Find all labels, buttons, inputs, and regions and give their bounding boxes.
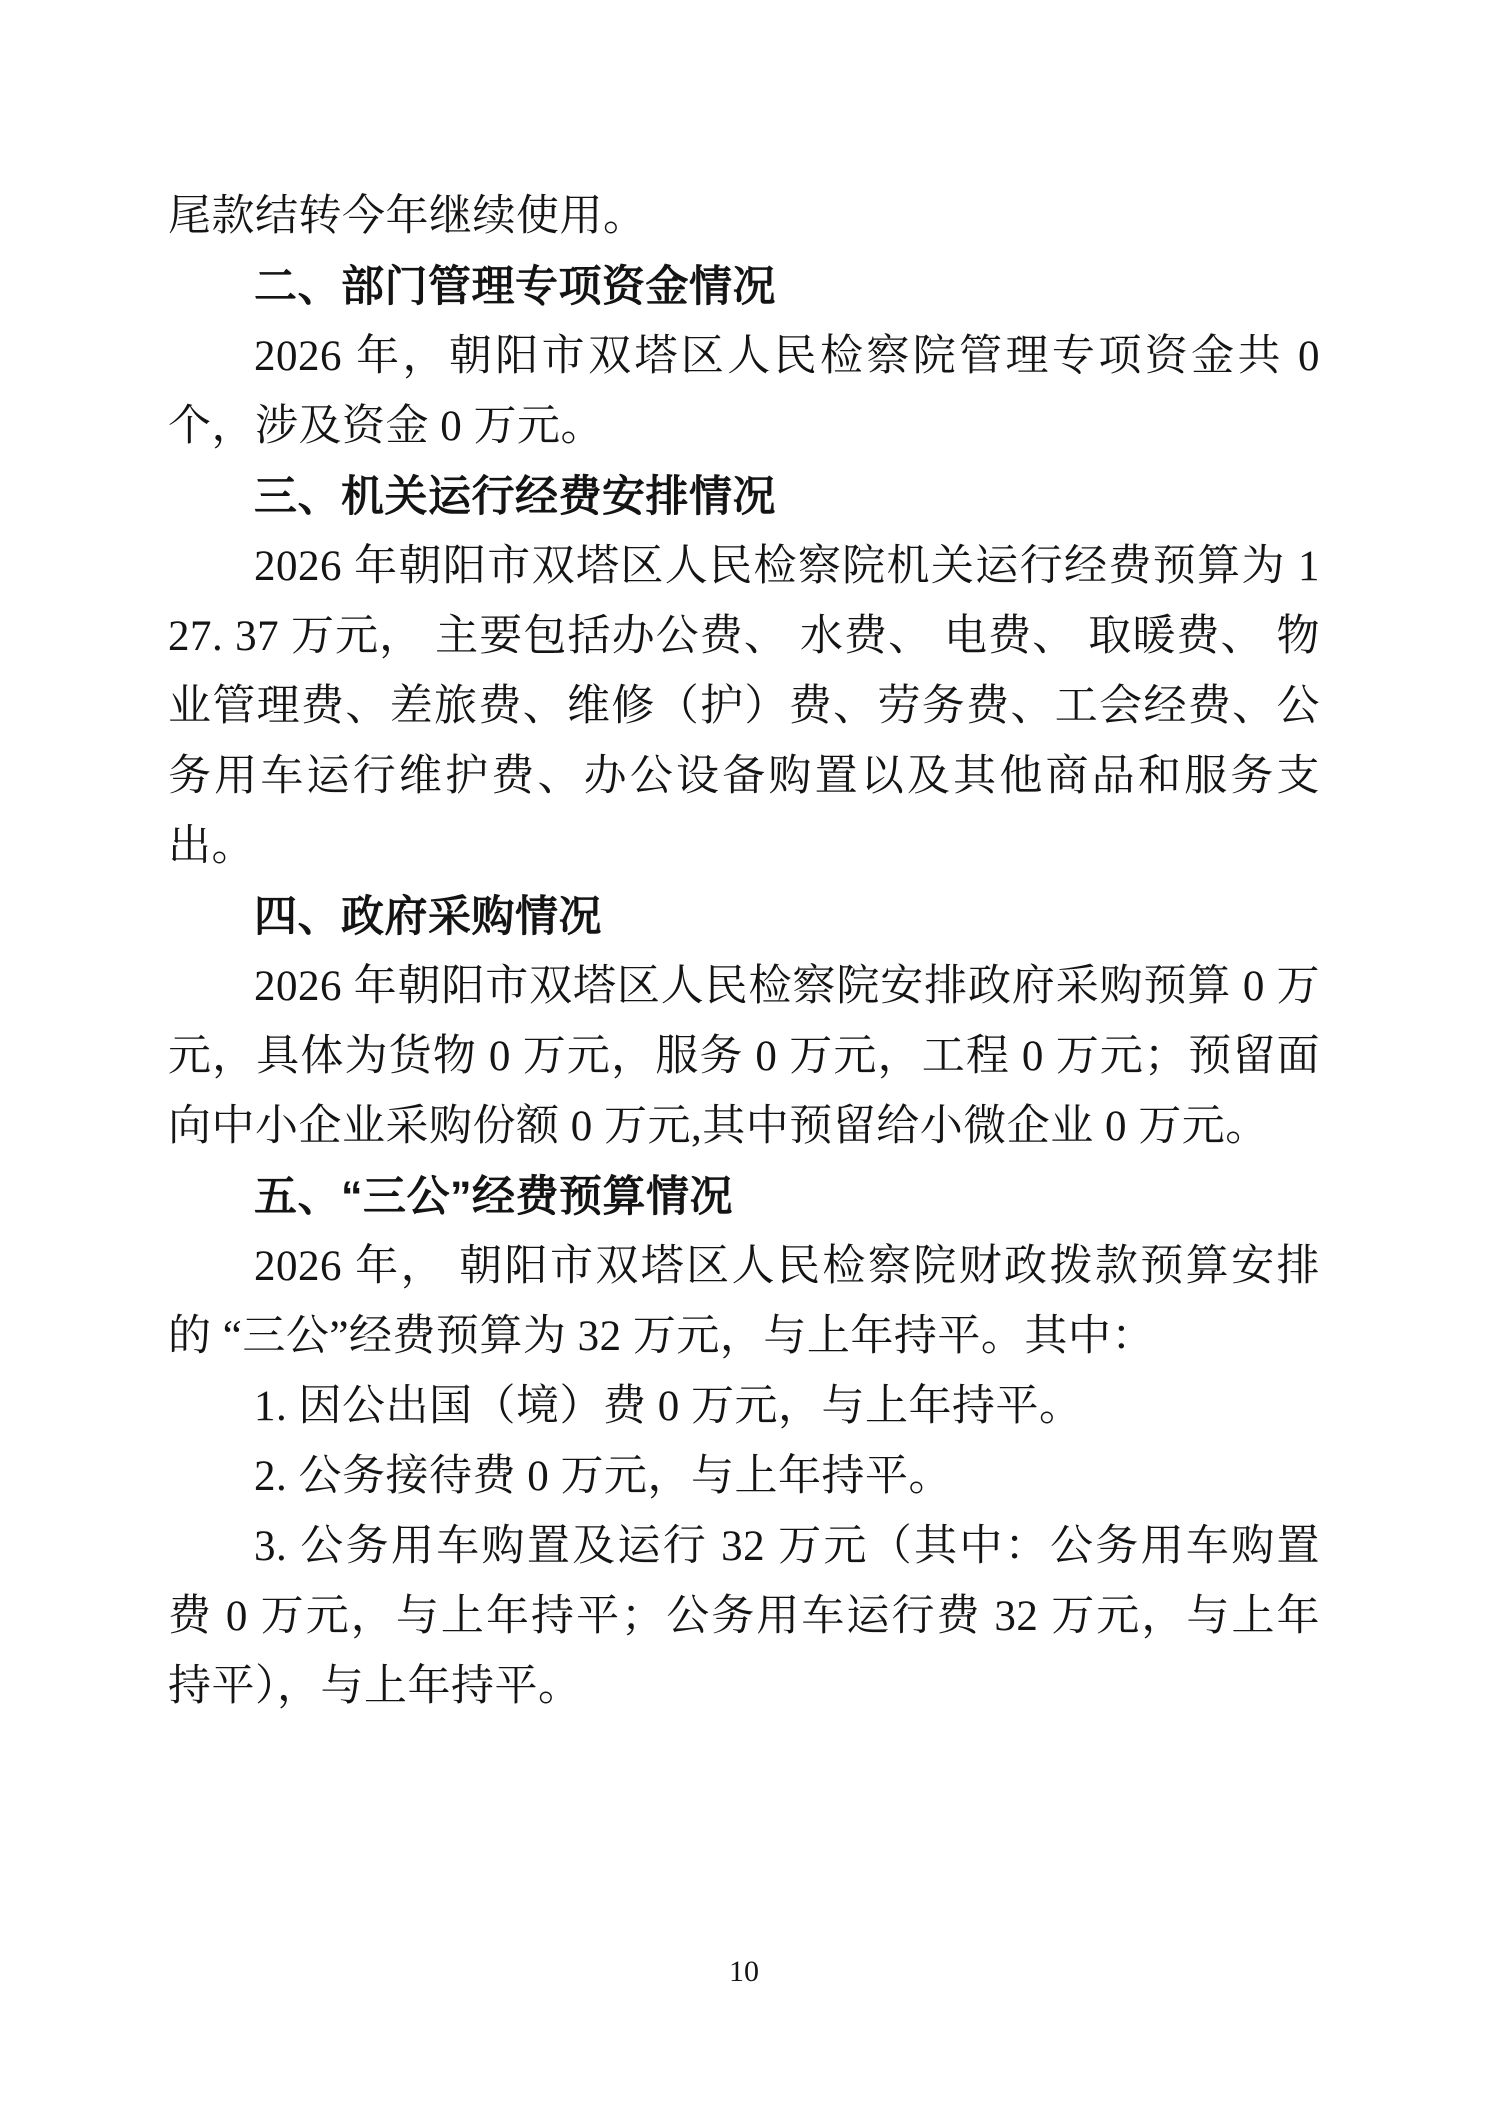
heading-section-3-operating-expenses: 三、机关运行经费安排情况	[168, 462, 1320, 532]
paragraph-procurement: 2026 年朝阳市双塔区人民检察院安排政府采购预算 0 万元，具体为货物 0 万…	[168, 952, 1320, 1162]
paragraph-three-public-funds: 2026 年， 朝阳市双塔区人民检察院财政拨款预算安排的 “三公”经费预算为 3…	[168, 1232, 1320, 1372]
list-item-official-vehicles: 3. 公务用车购置及运行 32 万元（其中：公务用车购置费 0 万元，与上年持平…	[168, 1512, 1320, 1722]
list-item-overseas-trips: 1. 因公出国（境）费 0 万元，与上年持平。	[168, 1372, 1320, 1442]
paragraph-operating-expenses: 2026 年朝阳市双塔区人民检察院机关运行经费预算为 127. 37 万元， 主…	[168, 532, 1320, 882]
page-number: 10	[0, 1952, 1488, 1992]
heading-section-4-procurement: 四、政府采购情况	[168, 882, 1320, 952]
paragraph-special-funds: 2026 年，朝阳市双塔区人民检察院管理专项资金共 0 个，涉及资金 0 万元。	[168, 322, 1320, 462]
heading-section-2-special-funds: 二、部门管理专项资金情况	[168, 252, 1320, 322]
list-item-official-reception: 2. 公务接待费 0 万元，与上年持平。	[168, 1442, 1320, 1512]
document-page: 尾款结转今年继续使用。 二、部门管理专项资金情况 2026 年，朝阳市双塔区人民…	[0, 0, 1488, 2104]
heading-section-5-three-public-funds: 五、“三公”经费预算情况	[168, 1162, 1320, 1232]
paragraph-carryover: 尾款结转今年继续使用。	[168, 182, 1320, 252]
document-body: 尾款结转今年继续使用。 二、部门管理专项资金情况 2026 年，朝阳市双塔区人民…	[0, 0, 1488, 1722]
